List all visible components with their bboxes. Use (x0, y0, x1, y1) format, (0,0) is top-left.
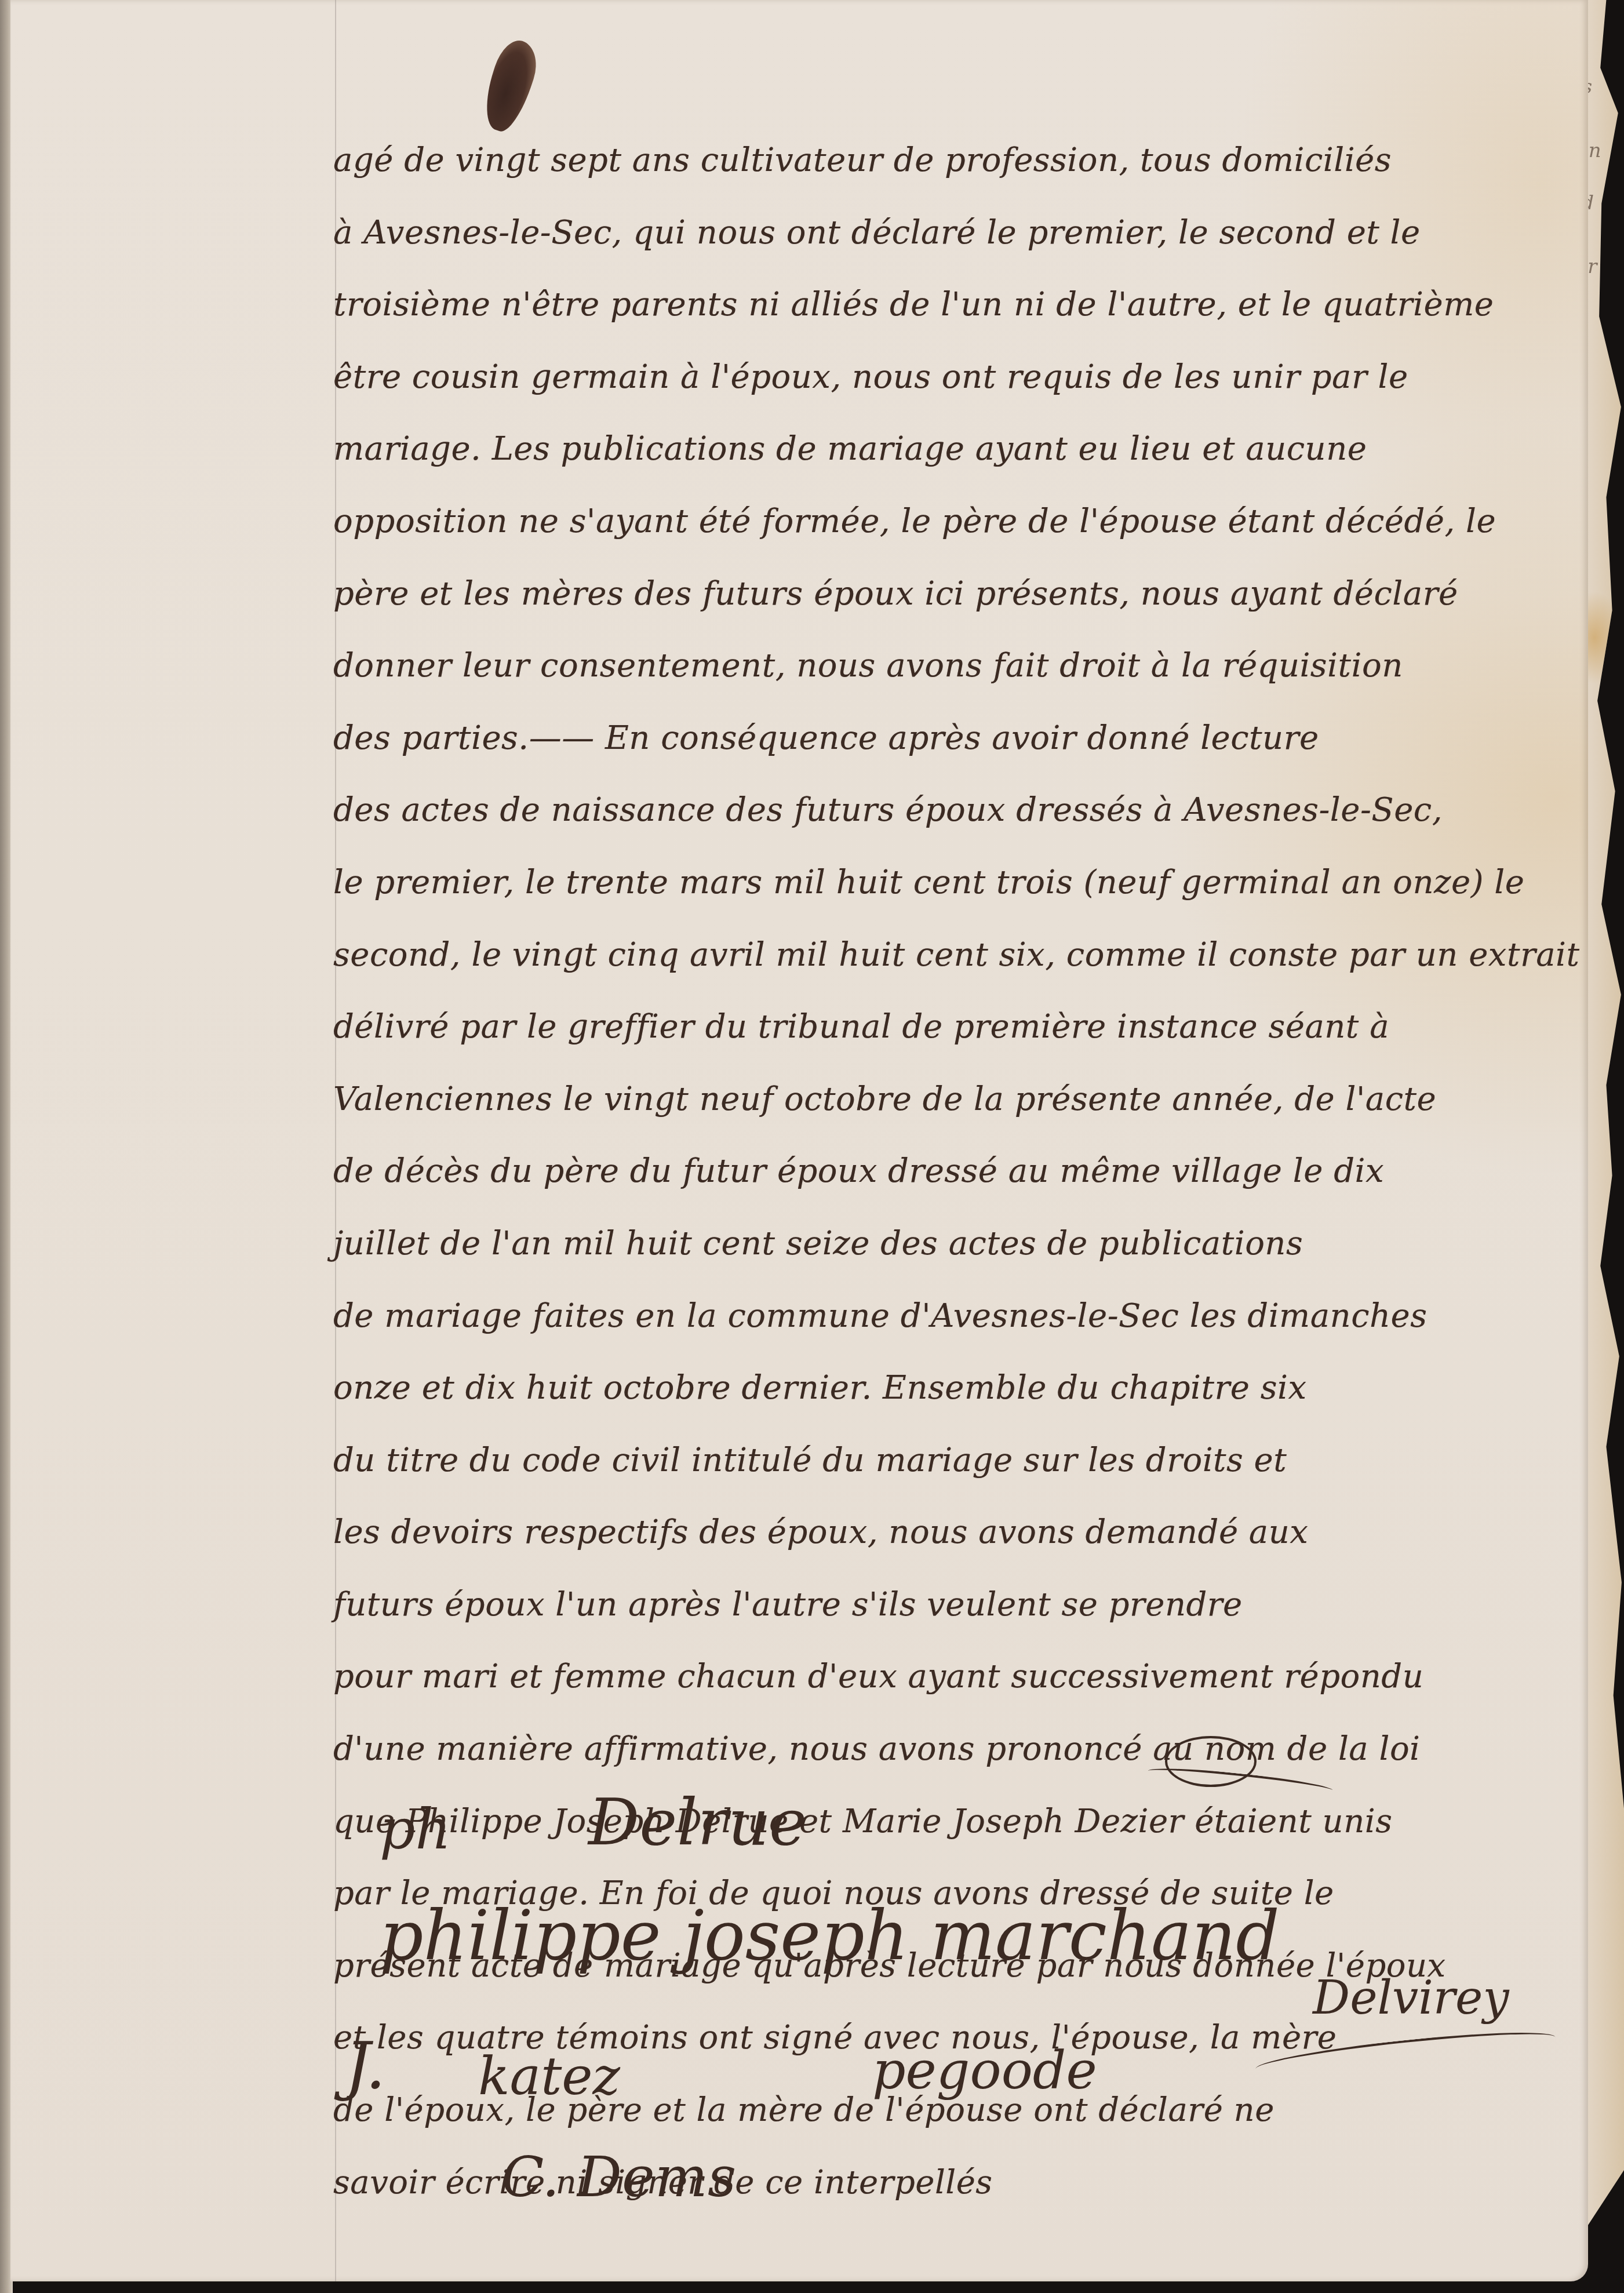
text-line: délivré par le greffier du tribunal de p… (333, 991, 1579, 1064)
text-line: être cousin germain à l'époux, nous ont … (333, 341, 1579, 414)
text-line: onze et dix huit octobre dernier. Ensemb… (333, 1352, 1579, 1425)
text-line: de mariage faites en la commune d'Avesne… (333, 1280, 1579, 1353)
signature-officer: Delvirey (1313, 1971, 1509, 2025)
signature-witness-marchand: philippe joseph marchand (380, 1895, 1280, 1975)
text-line: agé de vingt sept ans cultivateur de pro… (333, 125, 1579, 197)
text-line: des parties.—— En conséquence après avoi… (333, 703, 1579, 775)
signature-witness-katez: katez (478, 2046, 620, 2107)
signature-ph: ph (380, 1797, 451, 1862)
text-line: à Avesnes-le-Sec, qui nous ont déclaré l… (333, 197, 1579, 270)
signature-initial-j: J. (345, 2029, 386, 2103)
signature-groom-delrue: Delrue (588, 1785, 807, 1859)
officer-signature-underline (1254, 2025, 1557, 2081)
signature-witness-dems: C. Dems (501, 2145, 736, 2210)
signature-block: ph Delrue philippe joseph marchand Delvi… (333, 1785, 1579, 2261)
text-line: des actes de naissance des futurs époux … (333, 774, 1579, 847)
text-line: de décès du père du futur époux dressé a… (333, 1135, 1579, 1208)
text-line: pour mari et femme chacun d'eux ayant su… (333, 1641, 1579, 1713)
signature-witness-pegoode: pegoode (872, 2040, 1097, 2101)
text-line: le premier, le trente mars mil huit cent… (333, 847, 1579, 919)
text-line: mariage. Les publications de mariage aya… (333, 413, 1579, 486)
text-line: second, le vingt cinq avril mil huit cen… (333, 919, 1579, 992)
text-line: Valenciennes le vingt neuf octobre de la… (333, 1064, 1579, 1136)
text-line: futurs époux l'un après l'autre s'ils ve… (333, 1569, 1579, 1642)
text-line: juillet de l'an mil huit cent seize des … (333, 1208, 1579, 1280)
text-line: les devoirs respectifs des époux, nous a… (333, 1497, 1579, 1569)
text-line: père et les mères des futurs époux ici p… (333, 558, 1579, 631)
text-line: troisième n'être parents ni alliés de l'… (333, 269, 1579, 341)
text-line: d'une manière affirmative, nous avons pr… (333, 1713, 1579, 1786)
text-line: opposition ne s'ayant été formée, le pèr… (333, 486, 1579, 558)
text-line: donner leur consentement, nous avons fai… (333, 630, 1579, 703)
text-line: du titre du code civil intitulé du maria… (333, 1425, 1579, 1497)
